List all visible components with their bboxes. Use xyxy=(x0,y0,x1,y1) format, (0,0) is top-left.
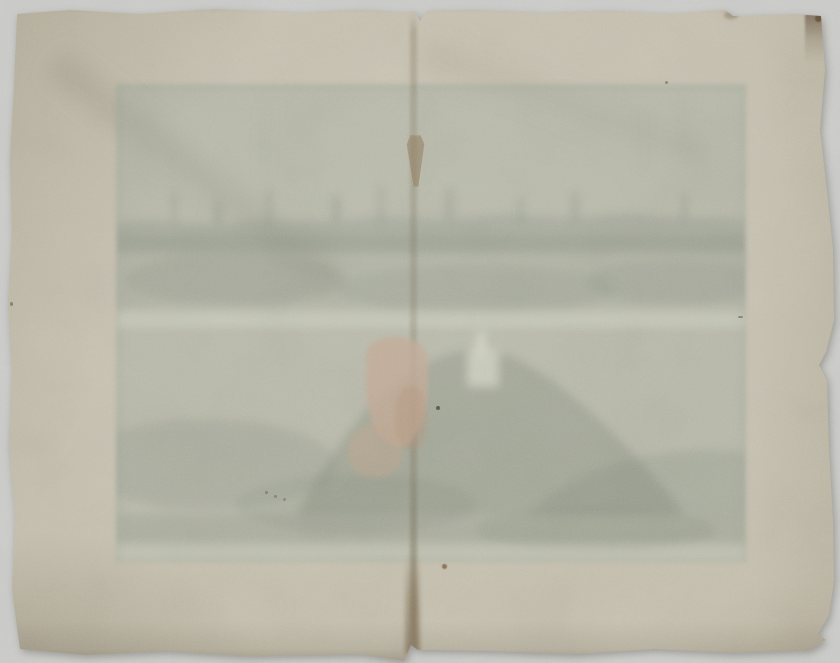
paper-sheet-shadow xyxy=(0,0,840,663)
top-edge-stain xyxy=(724,11,738,19)
lower-margin-ghost xyxy=(116,544,746,562)
adhesive-stain-core xyxy=(395,386,427,450)
castle-tower-ghost xyxy=(476,332,486,354)
fold-stain-bottom xyxy=(405,552,420,654)
corner-stain-dot xyxy=(815,15,822,22)
lower-panorama-ghost xyxy=(116,332,746,562)
photo-canvas xyxy=(0,0,840,663)
paper-sheet xyxy=(0,0,840,663)
foxing-speck xyxy=(738,316,743,318)
panel-divider-ghost xyxy=(116,312,746,328)
foxing-speck xyxy=(436,406,440,410)
foxing-speck xyxy=(274,495,277,498)
foxing-speck xyxy=(283,498,286,501)
upper-panorama-ghost xyxy=(116,99,746,313)
horizon-band-ghost xyxy=(116,234,746,252)
edge-nick xyxy=(10,302,13,306)
foxing-speck xyxy=(665,81,668,84)
corner-stain-top-right xyxy=(805,14,824,62)
ghost-print-art xyxy=(116,84,746,562)
castle-ghost xyxy=(468,350,498,386)
foxing-speck xyxy=(265,491,268,494)
foxing-speck xyxy=(442,564,447,569)
ghost-print-showthrough xyxy=(116,84,746,562)
